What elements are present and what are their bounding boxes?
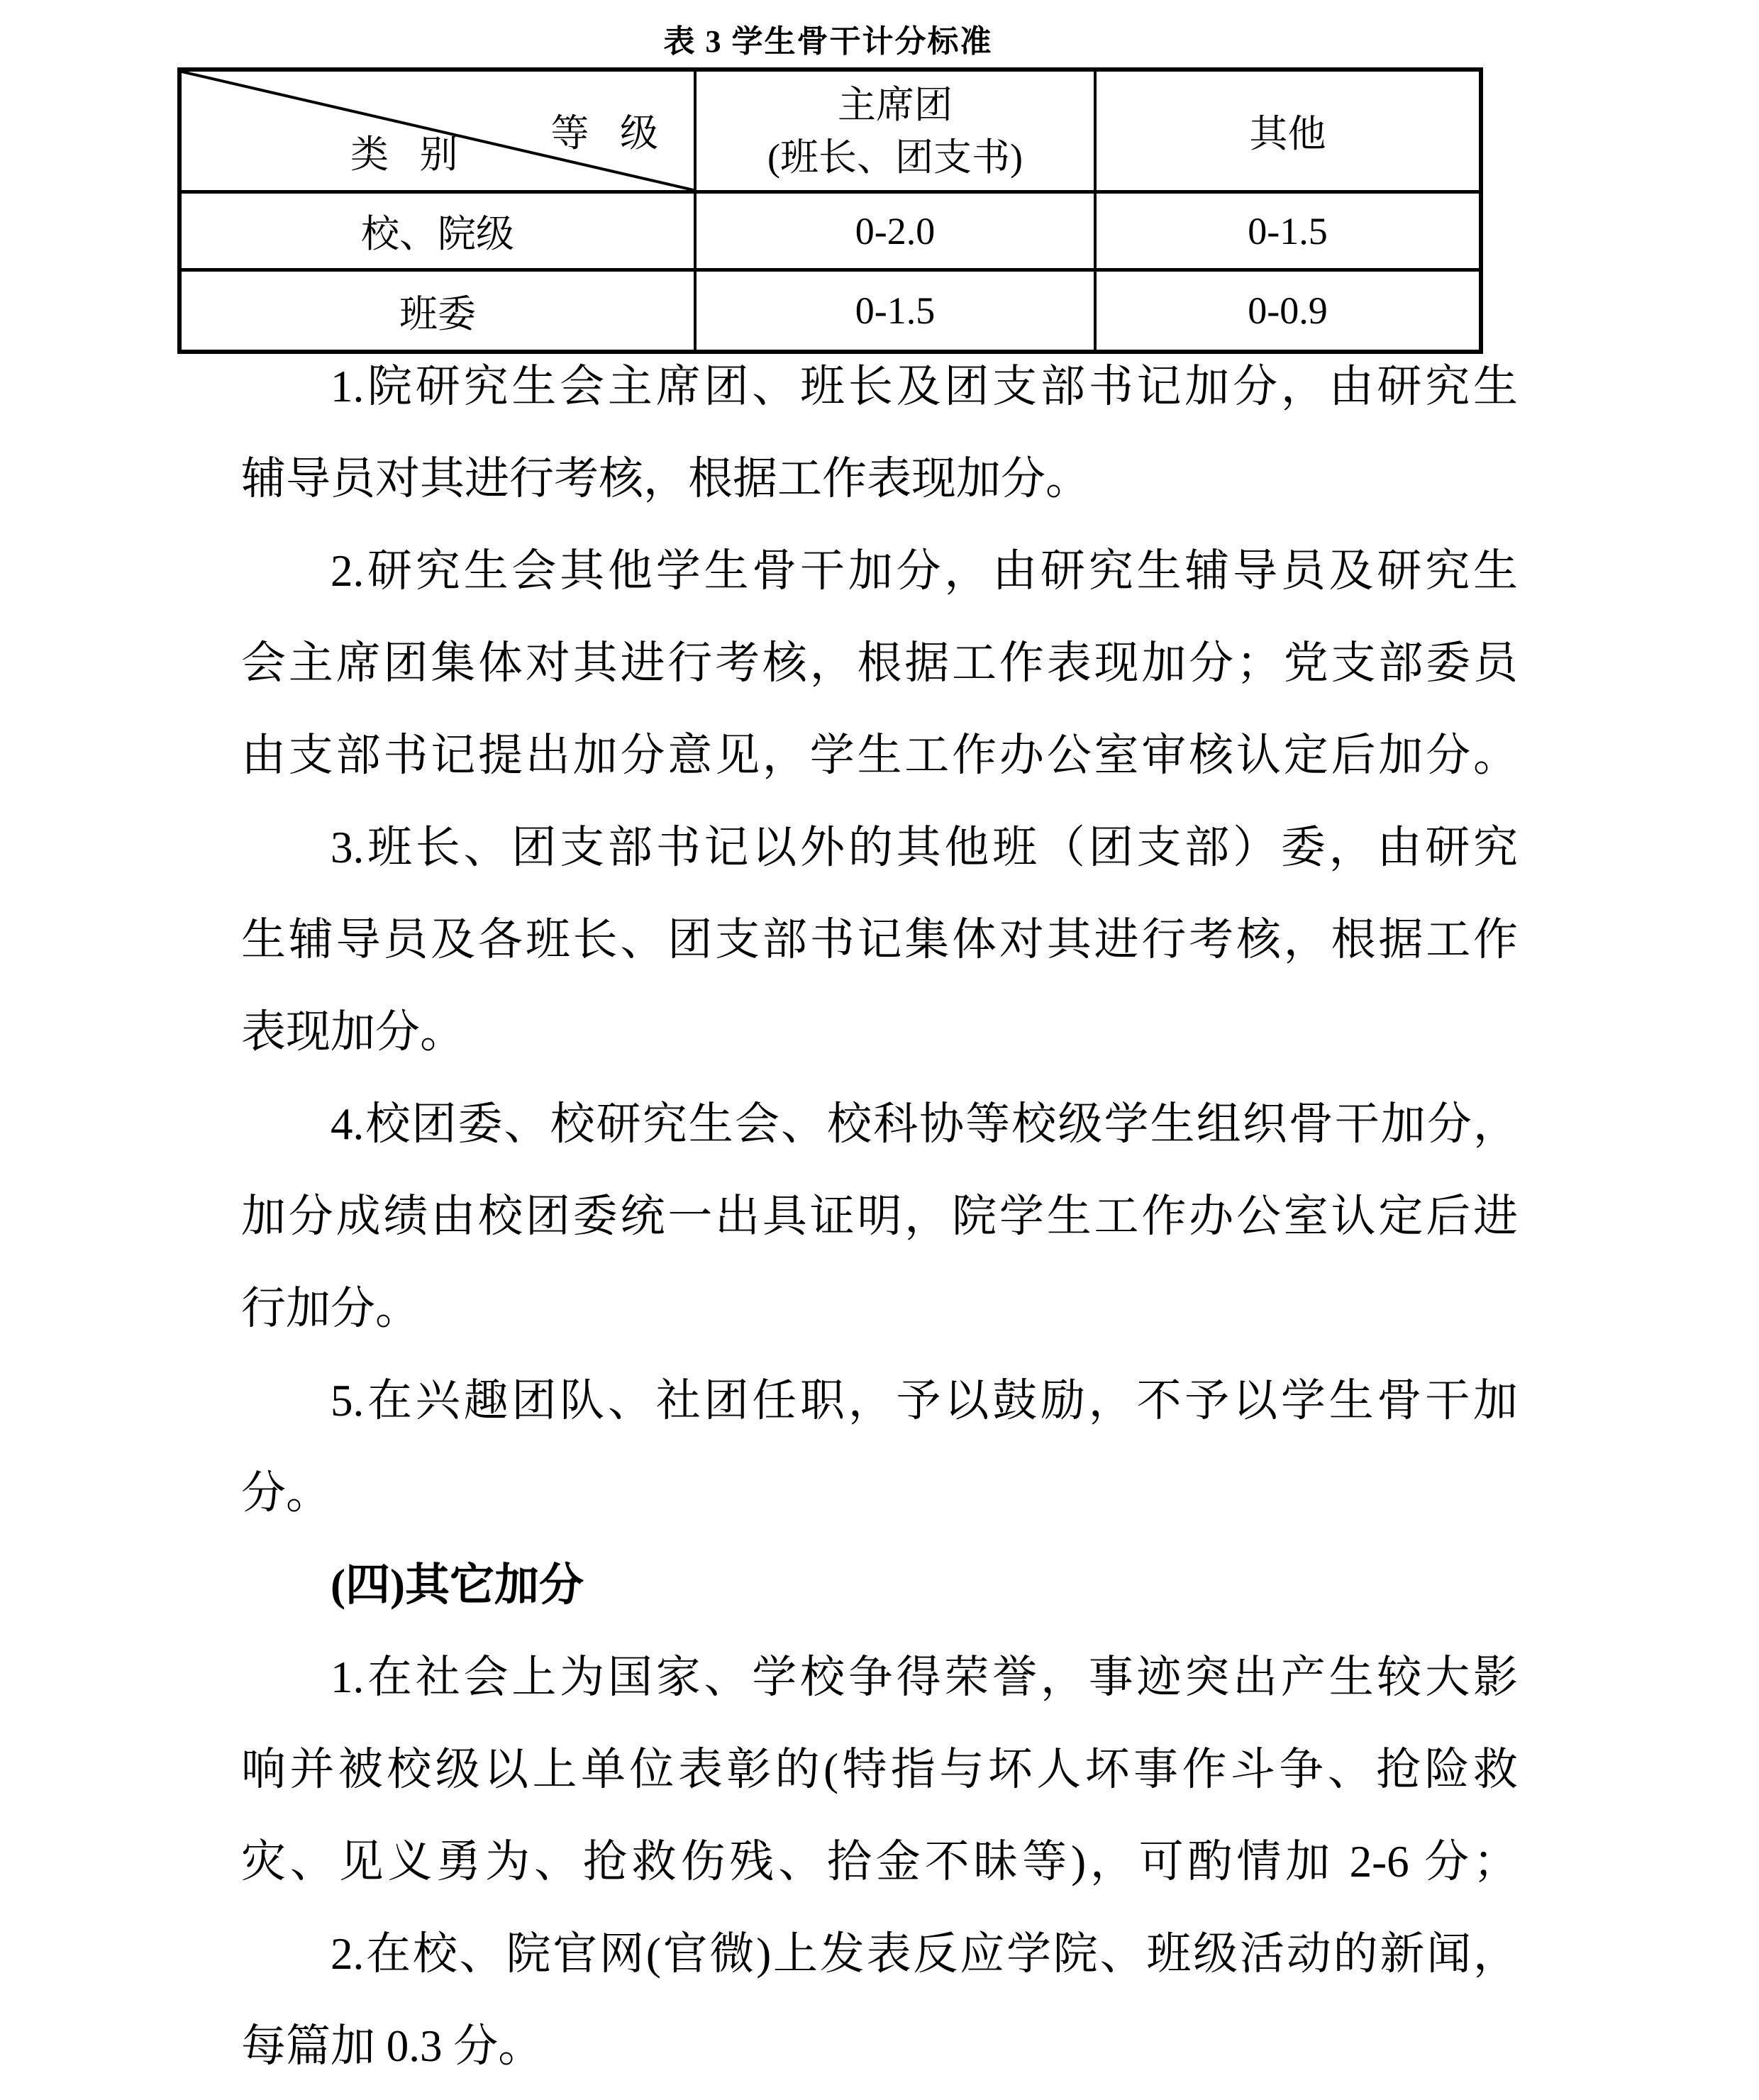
body-line: 灾、见义勇为、抢救伤残、拾金不昧等)，可酌情加 2-6 分； xyxy=(241,1816,1518,1908)
table-row: 班委 0-1.5 0-0.9 xyxy=(179,270,1481,352)
body-line: 分。 xyxy=(241,1447,1518,1539)
body-line: 1.在社会上为国家、学校争得荣誉，事迹突出产生较大影 xyxy=(241,1631,1518,1723)
body-line: 由支部书记提出加分意见，学生工作办公室审核认定后加分。 xyxy=(241,709,1518,801)
header-chair-line2: (班长、团支书) xyxy=(697,131,1094,184)
document-page: 表 3 学生骨干计分标准 等 级 类 别 主席团 (班长、团支书) xyxy=(0,0,1759,2100)
body-line: 生辅导员及各班长、团支部书记集体对其进行考核，根据工作 xyxy=(241,894,1518,986)
body-line: 每篇加 0.3 分。 xyxy=(241,2000,1518,2092)
body-line: 会主席团集体对其进行考核，根据工作表现加分；党支部委员 xyxy=(241,617,1518,709)
table-header-row: 等 级 类 别 主席团 (班长、团支书) 其他 xyxy=(179,70,1481,192)
table-caption: 表 3 学生骨干计分标准 xyxy=(177,16,1479,61)
body-line: 5.在兴趣团队、社团任职，予以鼓励，不予以学生骨干加 xyxy=(241,1355,1518,1447)
other-score-cell: 0-1.5 xyxy=(1095,192,1481,270)
section-heading: (四)其它加分 xyxy=(241,1539,1518,1631)
body-text: 1.院研究生会主席团、班长及团支部书记加分，由研究生 辅导员对其进行考核，根据工… xyxy=(241,340,1518,2092)
body-line: 辅导员对其进行考核，根据工作表现加分。 xyxy=(241,433,1518,525)
category-cell: 校、院级 xyxy=(179,192,695,270)
header-chair-cell: 主席团 (班长、团支书) xyxy=(695,70,1095,192)
header-category-label: 类 别 xyxy=(350,124,458,179)
body-line: 1.院研究生会主席团、班长及团支部书记加分，由研究生 xyxy=(241,340,1518,433)
body-line: 3.班长、团支部书记以外的其他班（团支部）委，由研究 xyxy=(241,801,1518,894)
body-line: 4.校团委、校研究生会、校科协等校级学生组织骨干加分， xyxy=(241,1078,1518,1170)
other-score-cell: 0-0.9 xyxy=(1095,270,1481,352)
body-line: 响并被校级以上单位表彰的(特指与坏人坏事作斗争、抢险救 xyxy=(241,1723,1518,1816)
body-line: 表现加分。 xyxy=(241,986,1518,1078)
category-cell: 班委 xyxy=(179,270,695,352)
body-line: 行加分。 xyxy=(241,1262,1518,1355)
header-grade-label: 等 级 xyxy=(551,103,659,157)
score-table: 等 级 类 别 主席团 (班长、团支书) 其他 校、院级 0-2.0 0-1.5… xyxy=(177,67,1483,354)
header-other-cell: 其他 xyxy=(1095,70,1481,192)
body-line: 2.研究生会其他学生骨干加分，由研究生辅导员及研究生 xyxy=(241,525,1518,617)
table-row: 校、院级 0-2.0 0-1.5 xyxy=(179,192,1481,270)
header-chair-line1: 主席团 xyxy=(697,79,1094,131)
diagonal-header-cell: 等 级 类 别 xyxy=(179,70,695,192)
body-line: 2.在校、院官网(官微)上发表反应学院、班级活动的新闻， xyxy=(241,1908,1518,2000)
chair-score-cell: 0-1.5 xyxy=(695,270,1095,352)
chair-score-cell: 0-2.0 xyxy=(695,192,1095,270)
body-line: 加分成绩由校团委统一出具证明，院学生工作办公室认定后进 xyxy=(241,1170,1518,1262)
